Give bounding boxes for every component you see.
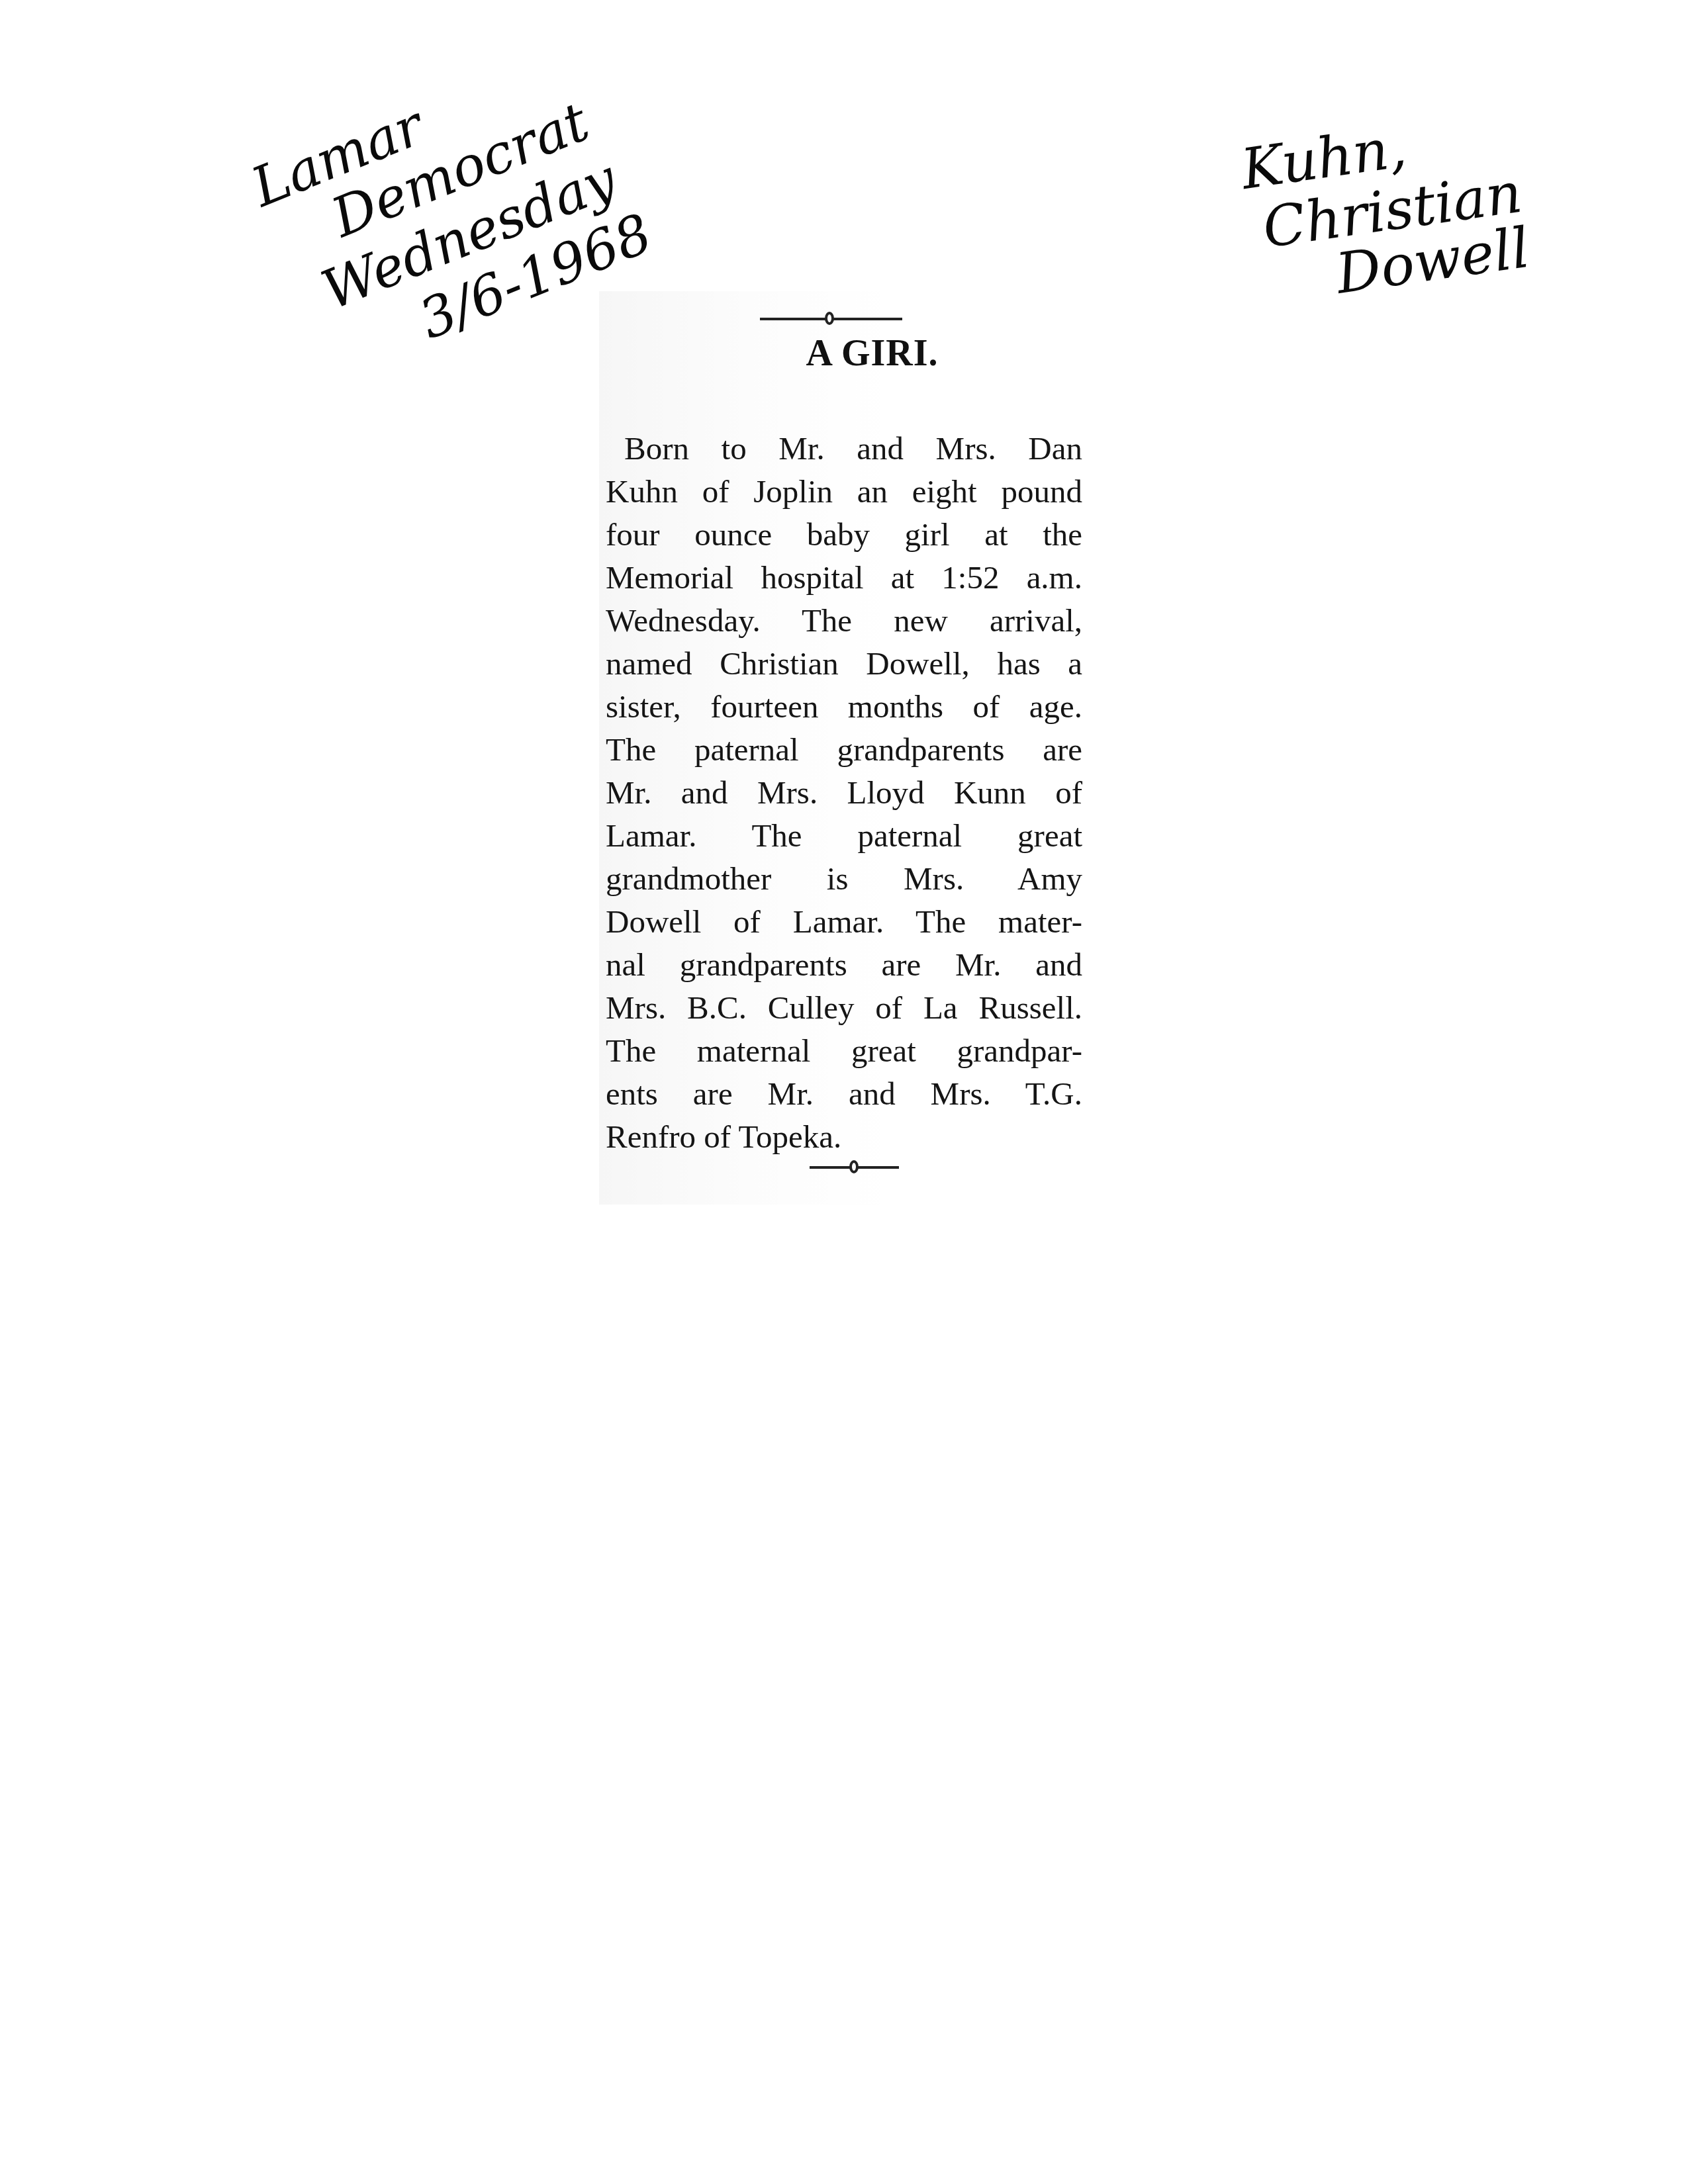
- handwritten-name-note: Kuhn, Christian Dowell: [1238, 104, 1532, 312]
- divider-circle-icon: [849, 1160, 859, 1173]
- article-line: Mr. and Mrs. Lloyd Kunn of: [606, 771, 1082, 814]
- article-line: sister, fourteen months of age.: [606, 685, 1082, 728]
- article-line: nal grandparents are Mr. and: [606, 943, 1082, 986]
- article-line: The paternal grandparents are: [606, 728, 1082, 771]
- article-line: Lamar. The paternal great: [606, 814, 1082, 857]
- handwritten-source-note: Lamar Democrat Wednesday 3/6-1968: [245, 34, 659, 388]
- article-line: four ounce baby girl at the: [606, 513, 1082, 556]
- article-line: ents are Mr. and Mrs. T.G.: [606, 1072, 1082, 1115]
- ornamental-divider: [810, 1166, 899, 1169]
- article-line: Memorial hospital at 1:52 a.m.: [606, 556, 1082, 599]
- scanned-page: Lamar Democrat Wednesday 3/6-1968 Kuhn, …: [0, 0, 1688, 2184]
- article-line: Kuhn of Joplin an eight pound: [606, 470, 1082, 513]
- article-line: Mrs. B.C. Culley of La Russell.: [606, 986, 1082, 1029]
- newspaper-clipping: A GIRI. Born to Mr. and Mrs. Dan Kuhn of…: [599, 291, 1109, 1205]
- article-body: Born to Mr. and Mrs. Dan Kuhn of Joplin …: [606, 427, 1082, 1158]
- article-line: Dowell of Lamar. The mater-: [606, 900, 1082, 943]
- article-line: Renfro of Topeka.: [606, 1115, 1082, 1158]
- divider-circle-icon: [825, 312, 834, 325]
- article-line: Wednesday. The new arrival,: [606, 599, 1082, 642]
- article-line: grandmother is Mrs. Amy: [606, 857, 1082, 900]
- article-line: Born to Mr. and Mrs. Dan: [606, 427, 1082, 470]
- headline: A GIRI.: [599, 332, 1109, 375]
- article-line: named Christian Dowell, has a: [606, 642, 1082, 685]
- article-line: The maternal great grandpar-: [606, 1029, 1082, 1072]
- ornamental-divider: [760, 318, 902, 320]
